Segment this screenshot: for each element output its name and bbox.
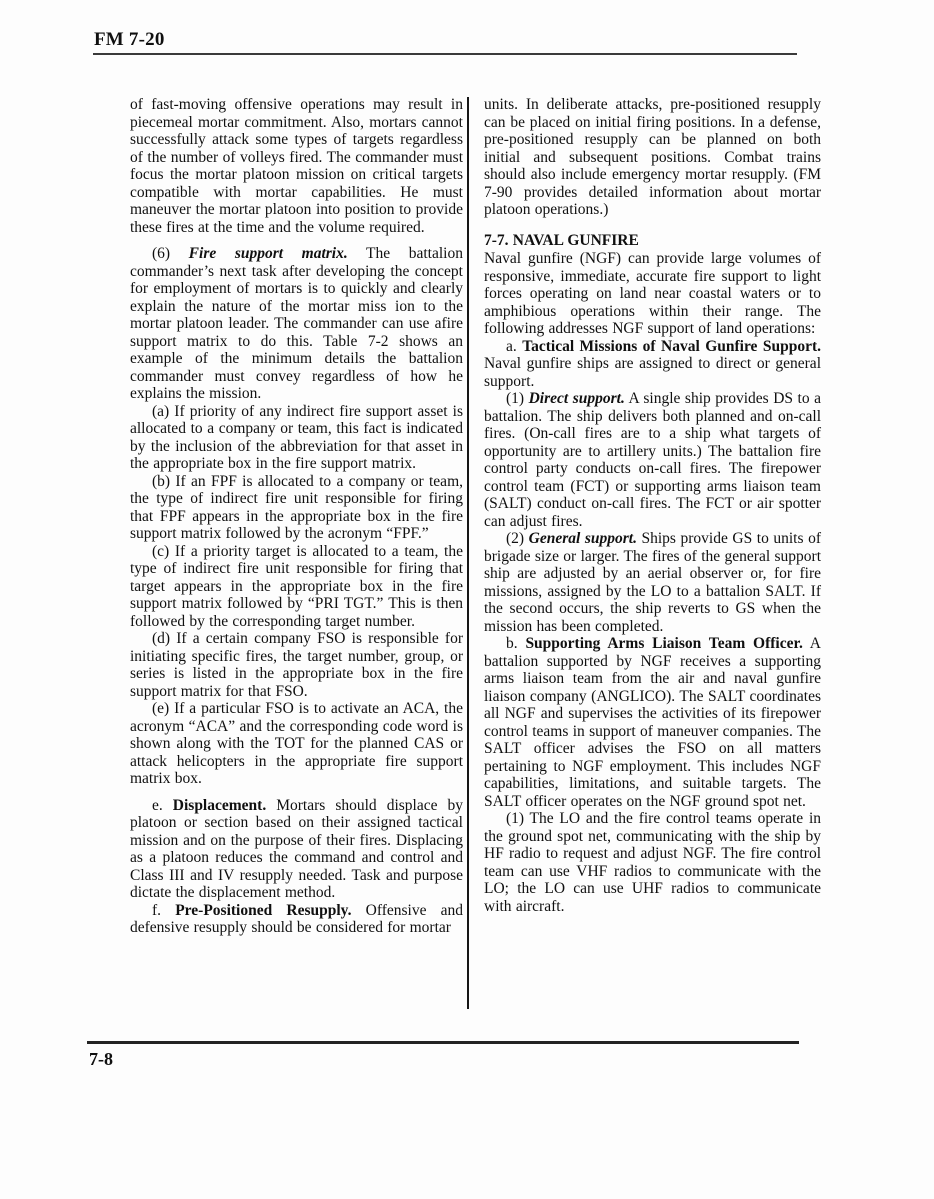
paragraph-1-lo-fire-control-teams: (1) The LO and the fire control teams op… xyxy=(484,810,821,915)
column-divider xyxy=(467,97,469,1009)
text-run: 7-7. NAVAL GUNFIRE xyxy=(484,232,639,249)
text-run: A battalion supported by NGF receives a … xyxy=(484,635,821,810)
text-run: (6) xyxy=(152,245,189,262)
text-run: (b) If an FPF is allocated to a company … xyxy=(130,473,463,543)
page-header-label: FM 7-20 xyxy=(94,29,165,51)
paragraph-6-fire-support-matrix: (6) Fire support matrix. The battalion c… xyxy=(130,245,463,403)
text-run: units. In deliberate attacks, pre-positi… xyxy=(484,96,821,218)
text-run: (a) If priority of any indirect fire sup… xyxy=(130,403,463,473)
paragraph-e-aca: (e) If a particular FSO is to activate a… xyxy=(130,700,463,788)
paragraph-f-pre-positioned-resupply: f. Pre-Positioned Resupply. Offensive an… xyxy=(130,902,463,937)
text-run: Fire support matrix. xyxy=(189,245,348,262)
paragraph-a-priority-asset: (a) If priority of any indirect fire sup… xyxy=(130,403,463,473)
text-run: f. xyxy=(152,902,175,919)
text-run: General support. xyxy=(529,530,637,547)
paragraph-2-general-support: (2) General support. Ships provide GS to… xyxy=(484,530,821,635)
header-rule xyxy=(93,53,797,55)
section-heading-7-7-naval-gunfire: 7-7. NAVAL GUNFIRE xyxy=(484,232,821,250)
text-run: (1) xyxy=(506,390,529,407)
right-column: units. In deliberate attacks, pre-positi… xyxy=(484,96,821,915)
paragraph-resupply-continued: units. In deliberate attacks, pre-positi… xyxy=(484,96,821,219)
text-run: Naval gunfire ships are assigned to dire… xyxy=(484,355,821,390)
left-column: of fast-moving offensive operations may … xyxy=(130,96,463,937)
text-run: of fast-moving offensive operations may … xyxy=(130,96,463,236)
text-run: (c) If a priority target is allocated to… xyxy=(130,543,463,630)
text-run: Tactical Missions of Naval Gunfire Suppo… xyxy=(522,338,821,355)
text-run: Displacement. xyxy=(173,797,266,814)
text-run: (d) If a certain company FSO is responsi… xyxy=(130,630,463,700)
text-run: (1) The LO and the fire control teams op… xyxy=(484,810,821,915)
text-run: The battalion commander’s next task afte… xyxy=(130,245,463,402)
text-run: (e) If a particular FSO is to activate a… xyxy=(130,700,463,787)
document-page: { "page": { "header": { "label": "FM 7-2… xyxy=(0,0,934,1199)
paragraph-d-company-fso: (d) If a certain company FSO is responsi… xyxy=(130,630,463,700)
text-run: b. xyxy=(506,635,525,652)
text-run: a. xyxy=(506,338,522,355)
text-run: Supporting Arms Liaison Team Officer. xyxy=(525,635,802,652)
paragraph-mortar-commitment: of fast-moving offensive operations may … xyxy=(130,96,463,236)
paragraph-a-tactical-missions: a. Tactical Missions of Naval Gunfire Su… xyxy=(484,338,821,391)
text-run: (2) xyxy=(506,530,529,547)
text-run: Naval gunfire (NGF) can provide large vo… xyxy=(484,250,821,337)
paragraph-c-priority-target: (c) If a priority target is allocated to… xyxy=(130,543,463,631)
paragraph-b-fpf: (b) If an FPF is allocated to a company … xyxy=(130,473,463,543)
paragraph-1-direct-support: (1) Direct support. A single ship provid… xyxy=(484,390,821,530)
text-run: e. xyxy=(152,797,173,814)
paragraph-e-displacement: e. Displacement. Mortars should displace… xyxy=(130,797,463,902)
text-run: A single ship provides DS to a battalion… xyxy=(484,390,821,530)
text-run: Direct support. xyxy=(529,390,625,407)
footer-rule xyxy=(87,1041,799,1044)
text-run: Pre-Positioned Resupply. xyxy=(175,902,351,919)
paragraph-ngf-intro: Naval gunfire (NGF) can provide large vo… xyxy=(484,250,821,338)
paragraph-b-salt-officer: b. Supporting Arms Liaison Team Officer.… xyxy=(484,635,821,810)
page-number: 7-8 xyxy=(89,1049,113,1070)
